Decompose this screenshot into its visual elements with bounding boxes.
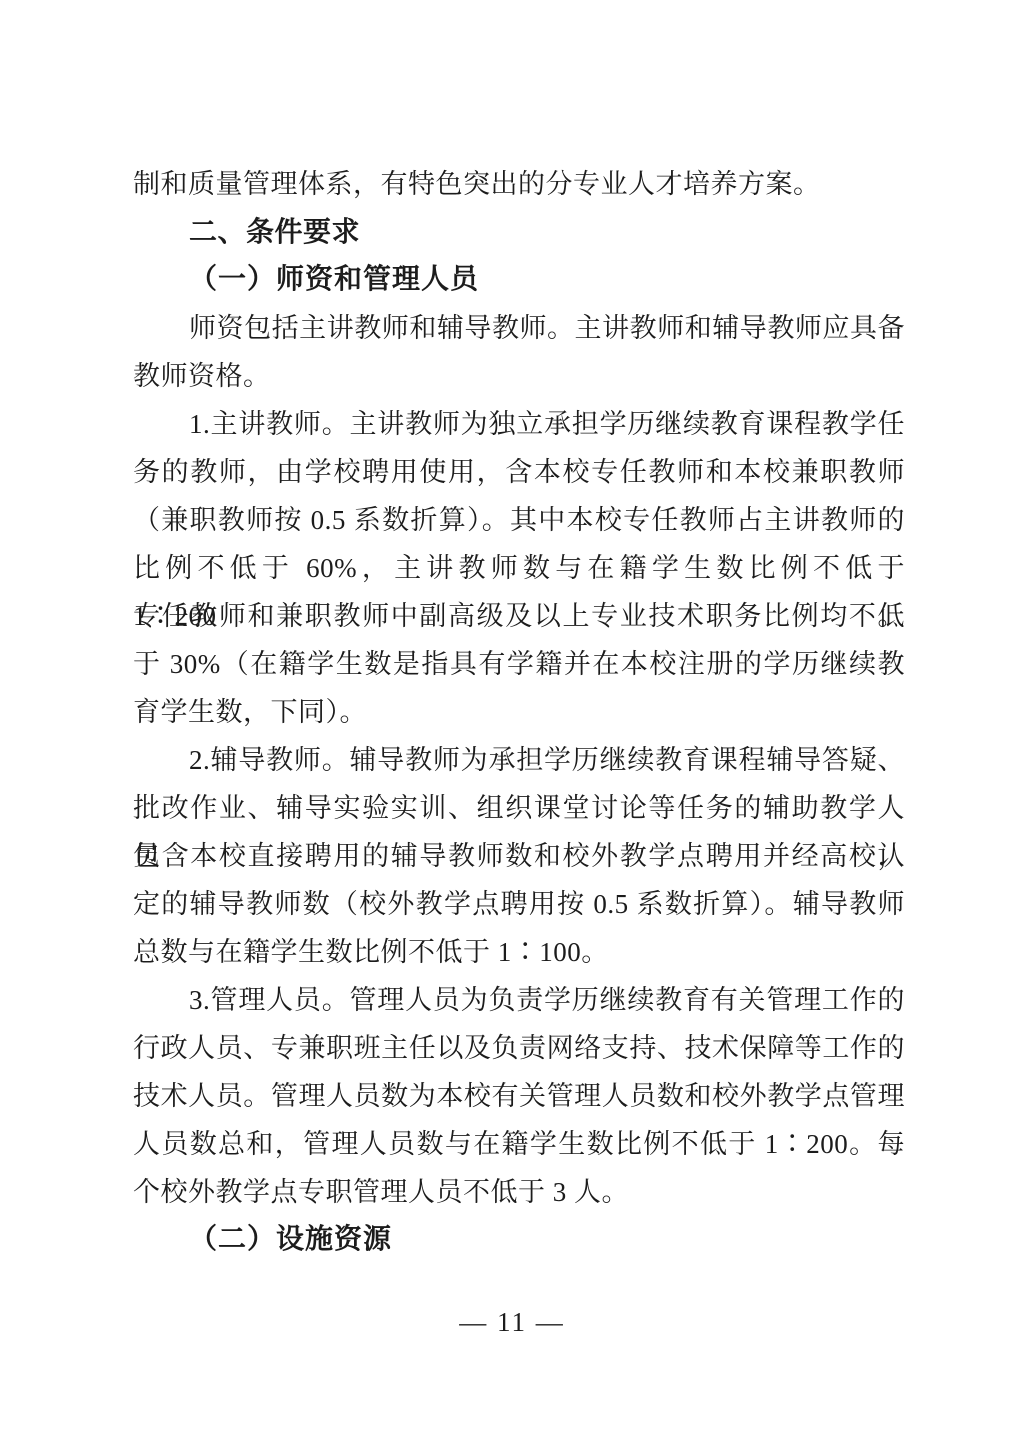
body-line: 育学生数，下同）。 — [133, 688, 905, 736]
heading-subsection-2-1: （一）师资和管理人员 — [133, 256, 905, 304]
body-line: 技术人员。管理人员数为本校有关管理人员数和校外教学点管理 — [133, 1072, 905, 1120]
body-line: 师资包括主讲教师和辅导教师。主讲教师和辅导教师应具备 — [133, 304, 905, 352]
body-line: 人员数总和，管理人员数与在籍学生数比例不低于 1∶200。每 — [133, 1120, 905, 1168]
body-line: 于 30%（在籍学生数是指具有学籍并在本校注册的学历继续教 — [133, 640, 905, 688]
body-line: 定的辅导教师数（校外教学点聘用按 0.5 系数折算）。辅导教师 — [133, 880, 905, 928]
body-line: 教师资格。 — [133, 352, 905, 400]
body-line: 个校外教学点专职管理人员不低于 3 人。 — [133, 1168, 905, 1216]
body-line: 3.管理人员。管理人员为负责学历继续教育有关管理工作的 — [133, 976, 905, 1024]
body-line: 1.主讲教师。主讲教师为独立承担学历继续教育课程教学任 — [133, 400, 905, 448]
body-line: 包含本校直接聘用的辅导教师数和校外教学点聘用并经高校认 — [133, 832, 905, 880]
document-page: 制和质量管理体系，有特色突出的分专业人才培养方案。 二、条件要求 （一）师资和管… — [0, 0, 1024, 1448]
body-line: 2.辅导教师。辅导教师为承担学历继续教育课程辅导答疑、 — [133, 736, 905, 784]
body-line: 批改作业、辅导实验实训、组织课堂讨论等任务的辅助教学人员， — [133, 784, 905, 832]
body-line: 总数与在籍学生数比例不低于 1∶100。 — [133, 928, 905, 976]
body-line: 制和质量管理体系，有特色突出的分专业人才培养方案。 — [133, 160, 905, 208]
page-number: — 11 — — [0, 1298, 1024, 1346]
body-line: 专任教师和兼职教师中副高级及以上专业技术职务比例均不低 — [133, 592, 905, 640]
body-line: 比例不低于 60%，主讲教师数与在籍学生数比例不低于 1∶200。 — [133, 544, 905, 592]
document-body: 制和质量管理体系，有特色突出的分专业人才培养方案。 二、条件要求 （一）师资和管… — [133, 160, 905, 1264]
body-line: 行政人员、专兼职班主任以及负责网络支持、技术保障等工作的 — [133, 1024, 905, 1072]
heading-subsection-2-2: （二）设施资源 — [133, 1216, 905, 1264]
heading-section-2: 二、条件要求 — [133, 208, 905, 256]
body-line: 务的教师，由学校聘用使用，含本校专任教师和本校兼职教师 — [133, 448, 905, 496]
body-line: （兼职教师按 0.5 系数折算）。其中本校专任教师占主讲教师的 — [133, 496, 905, 544]
